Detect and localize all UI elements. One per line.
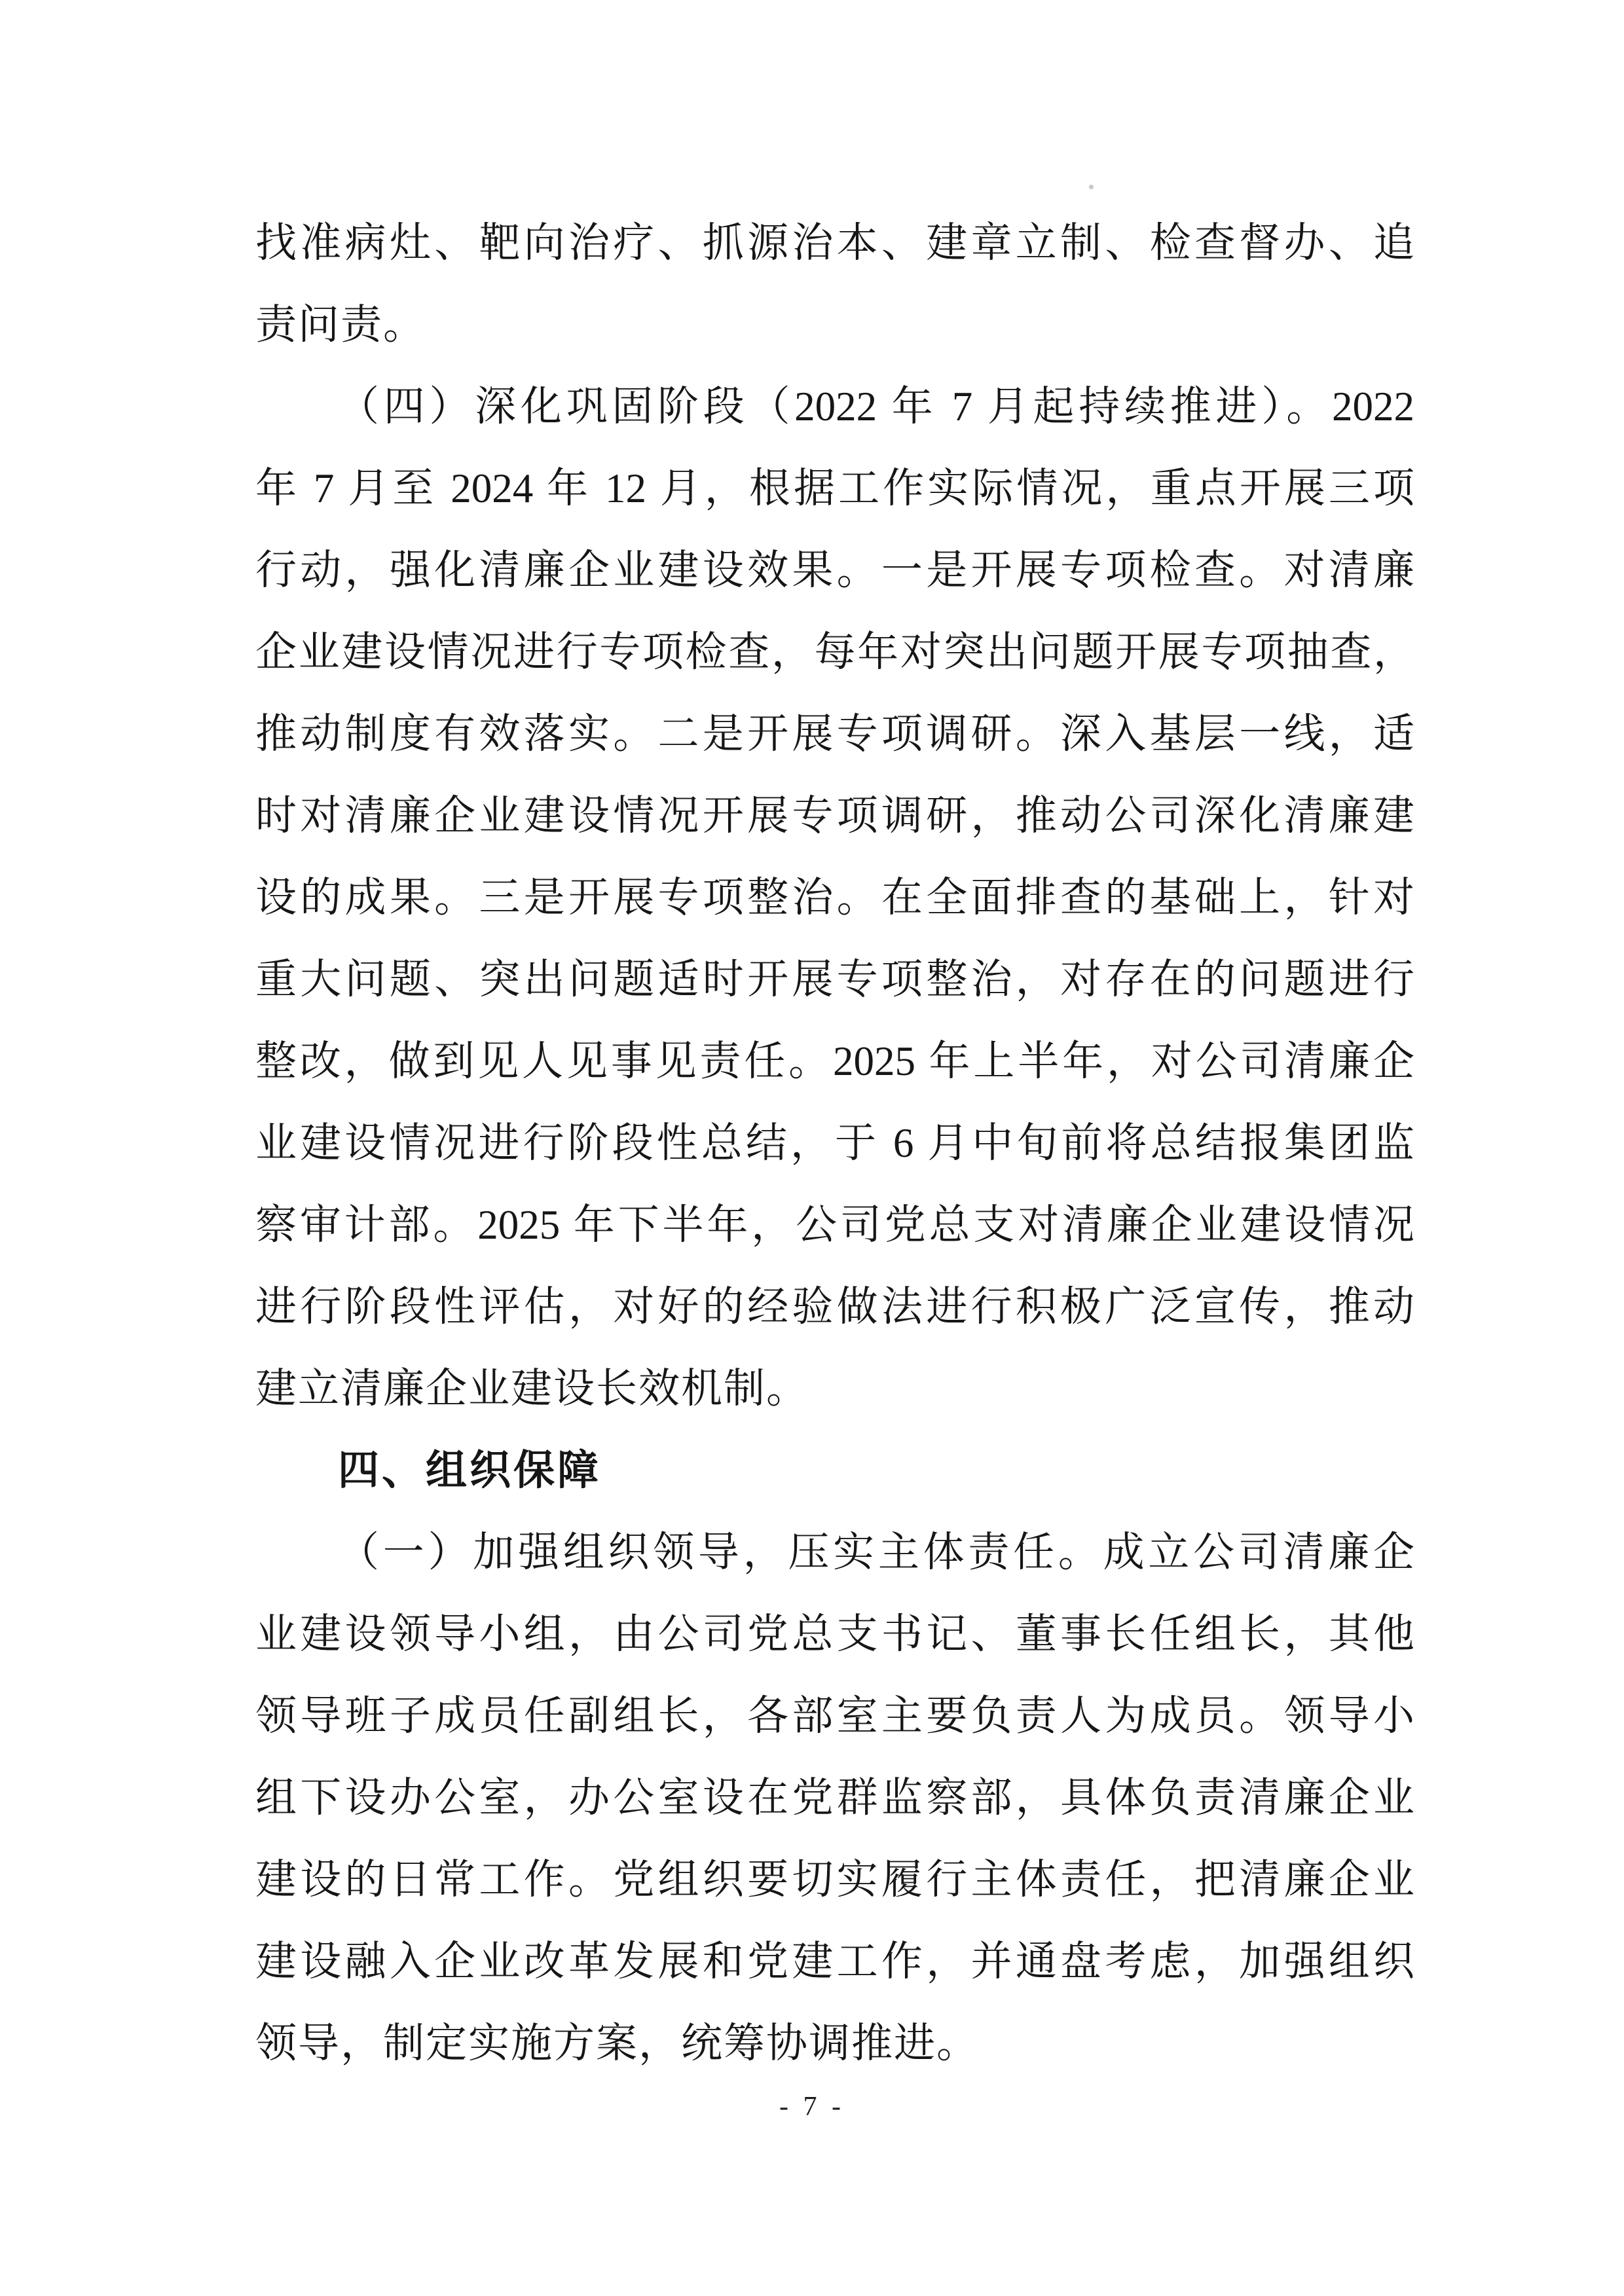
page-number: - 7 - (0, 2090, 1624, 2124)
section-heading: 四、组织保障 (255, 1430, 1414, 1512)
text-line: 建设的日常工作。党组织要切实履行主体责任，把清廉企业 (255, 1839, 1414, 1921)
text-line: 进行阶段性评估，对好的经验做法进行积极广泛宣传，推动 (255, 1266, 1414, 1348)
text-line: 领导班子成员任副组长，各部室主要负责人为成员。领导小 (255, 1675, 1414, 1757)
scan-artifact-dot (1089, 185, 1094, 189)
document-body: 找准病灶、靶向治疗、抓源治本、建章立制、检查督办、追 责问责。 （四）深化巩固阶… (255, 202, 1414, 2085)
text-line: 重大问题、突出问题适时开展专项整治，对存在的问题进行 (255, 939, 1414, 1021)
text-line: 业建设情况进行阶段性总结，于 6 月中旬前将总结报集团监 (255, 1102, 1414, 1184)
text-line: 找准病灶、靶向治疗、抓源治本、建章立制、检查督办、追 (255, 202, 1414, 284)
document-page: 找准病灶、靶向治疗、抓源治本、建章立制、检查督办、追 责问责。 （四）深化巩固阶… (0, 0, 1624, 2296)
text-line: （一）加强组织领导，压实主体责任。成立公司清廉企 (255, 1512, 1414, 1594)
text-line: 察审计部。2025 年下半年，公司党总支对清廉企业建设情况 (255, 1184, 1414, 1266)
text-line: 建立清廉企业建设长效机制。 (255, 1348, 1414, 1430)
text-line: 设的成果。三是开展专项整治。在全面排查的基础上，针对 (255, 857, 1414, 939)
text-line: 时对清廉企业建设情况开展专项调研，推动公司深化清廉建 (255, 775, 1414, 857)
text-line: 推动制度有效落实。二是开展专项调研。深入基层一线，适 (255, 693, 1414, 775)
text-line: 企业建设情况进行专项检查，每年对突出问题开展专项抽查， (255, 611, 1414, 693)
text-line: 建设融入企业改革发展和党建工作，并通盘考虑，加强组织 (255, 1921, 1414, 2003)
text-line: 组下设办公室，办公室设在党群监察部，具体负责清廉企业 (255, 1757, 1414, 1839)
text-line: 领导，制定实施方案，统筹协调推进。 (255, 2003, 1414, 2085)
text-line: 年 7 月至 2024 年 12 月，根据工作实际情况，重点开展三项 (255, 448, 1414, 530)
text-line: （四）深化巩固阶段（2022 年 7 月起持续推进）。2022 (255, 366, 1414, 448)
text-line: 业建设领导小组，由公司党总支书记、董事长任组长，其他 (255, 1594, 1414, 1675)
text-line: 整改，做到见人见事见责任。2025 年上半年，对公司清廉企 (255, 1021, 1414, 1102)
text-line: 责问责。 (255, 284, 1414, 366)
text-line: 行动，强化清廉企业建设效果。一是开展专项检查。对清廉 (255, 530, 1414, 611)
